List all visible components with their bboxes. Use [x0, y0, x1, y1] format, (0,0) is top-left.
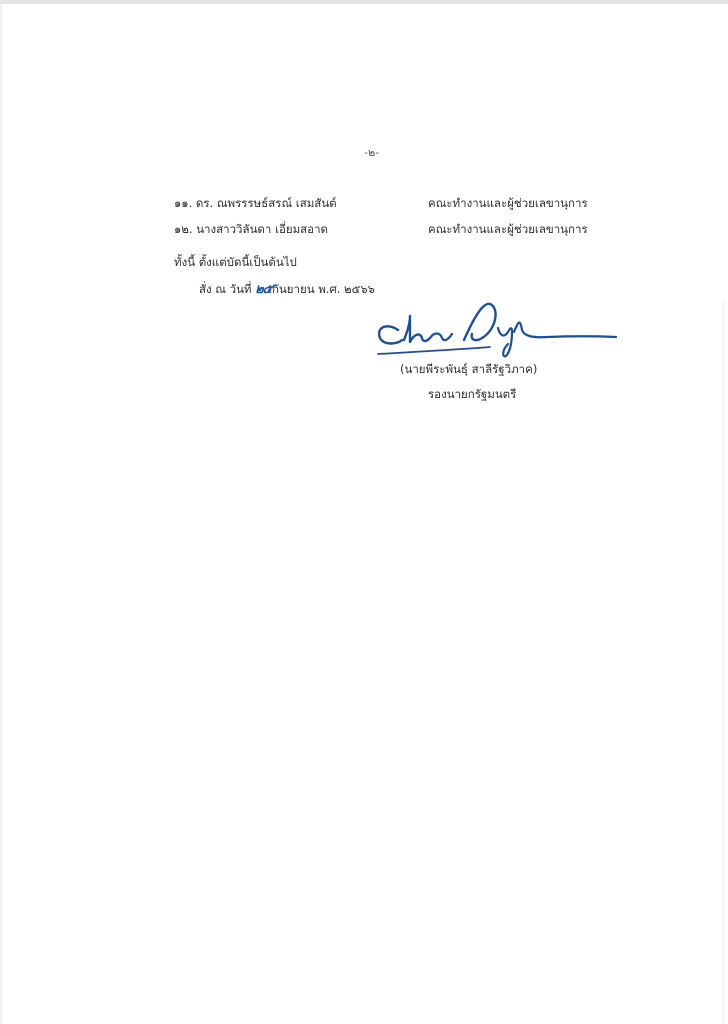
order-date-suffix: กันยายน พ.ศ. ๒๕๖๖ — [272, 282, 375, 296]
document-page: -๒- ๑๑. ดร. ณพรรรษธ์สรณ์ เสมสันต์ คณะทำง… — [0, 0, 728, 1024]
member-role: คณะทำงานและผู้ช่วยเลขานุการ — [428, 222, 588, 236]
signer-title: รองนายกรัฐมนตรี — [428, 387, 516, 401]
page-number: -๒- — [364, 146, 379, 160]
handwritten-day: ๒๕ — [253, 283, 272, 297]
member-role: คณะทำงานและผู้ช่วยเลขานุการ — [428, 196, 588, 210]
order-date-prefix: สั่ง ณ วันที่ — [199, 282, 252, 296]
member-name: ๑๑. ดร. ณพรรรษธ์สรณ์ เสมสันต์ — [174, 196, 337, 210]
effective-clause: ทั้งนี้ ตั้งแต่บัดนี้เป็นต้นไป — [174, 255, 297, 269]
signer-name: (นายพีระพันธุ์ สาลีรัฐวิภาค) — [400, 362, 537, 376]
member-name: ๑๒. นางสาววิลันดา เอี่ยมสอาด — [174, 222, 328, 236]
order-date-line: สั่ง ณ วันที่๒๕กันยายน พ.ศ. ๒๕๖๖ — [199, 282, 375, 297]
signature-icon — [372, 300, 622, 362]
